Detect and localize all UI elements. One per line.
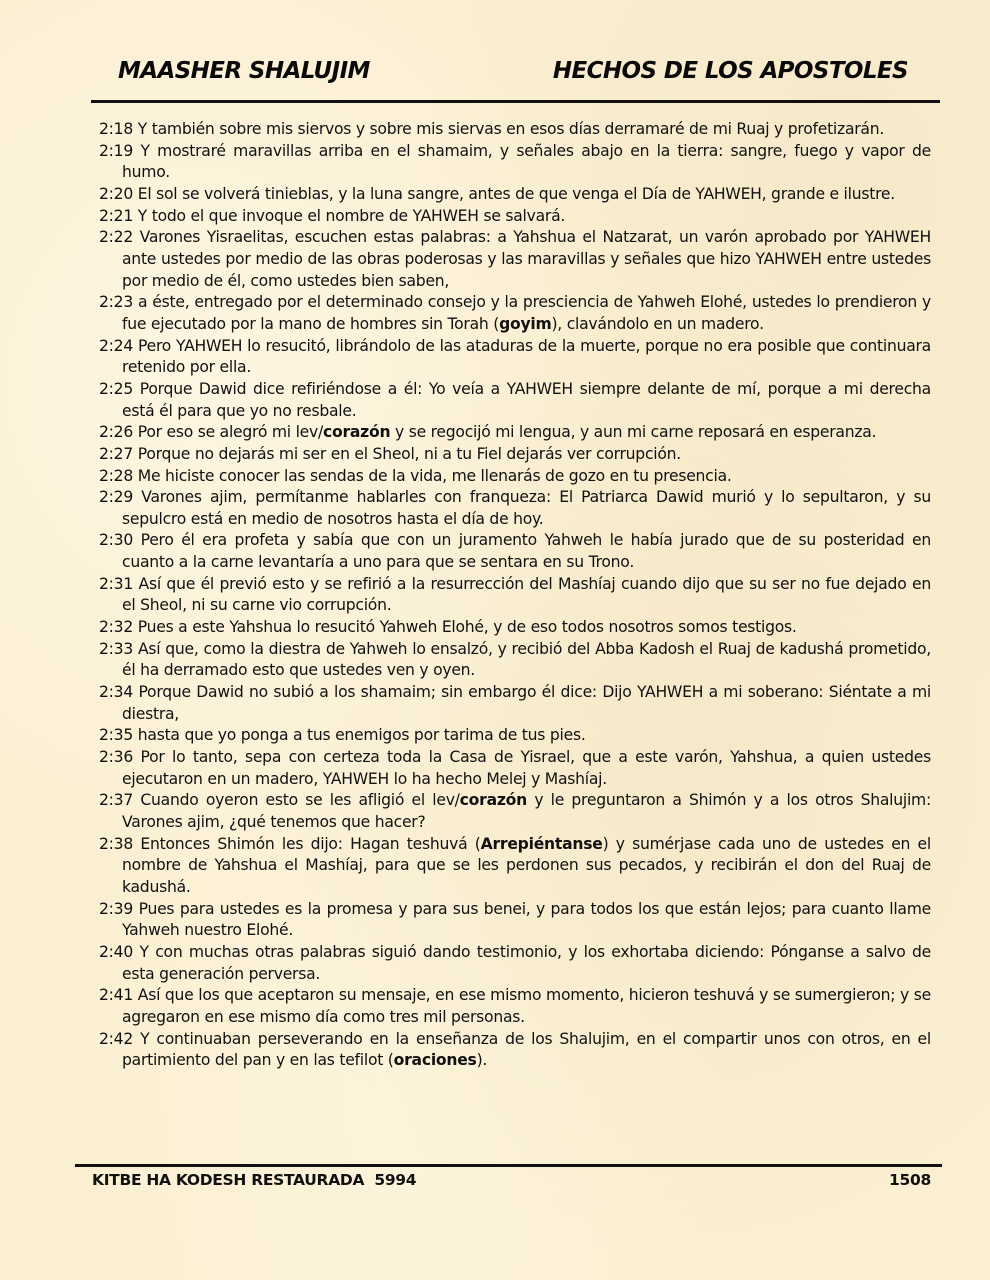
verse: 2:19 Y mostraré maravillas arriba en el … [99, 141, 931, 184]
verse: 2:42 Y continuaban perseverando en la en… [99, 1029, 931, 1072]
verse-text: Y también sobre mis siervos y sobre mis … [138, 120, 884, 138]
verse-reference: 2:25 [99, 380, 133, 398]
book-title-hebrew: MAASHER SHALUJIM [118, 58, 370, 84]
verse-text: Cuando oyeron esto se les afligió el lev… [140, 791, 459, 809]
verse-reference: 2:20 [99, 185, 133, 203]
verse: 2:29 Varones ajim, permítanme hablarles … [99, 487, 931, 530]
verse-reference: 2:41 [99, 986, 133, 1004]
verse-text: Porque no dejarás mi ser en el Sheol, ni… [138, 445, 681, 463]
verse-emphasis: goyim [499, 315, 551, 333]
bible-edition-label: KITBE HA KODESH RESTAURADA 5994 [92, 1171, 416, 1189]
verse: 2:18 Y también sobre mis siervos y sobre… [99, 119, 931, 141]
verse-reference: 2:24 [99, 337, 133, 355]
verse: 2:35 hasta que yo ponga a tus enemigos p… [99, 725, 931, 747]
verse-reference: 2:42 [99, 1030, 133, 1048]
verse-text: Pues para ustedes es la promesa y para s… [122, 900, 931, 940]
page-number: 1508 [889, 1171, 931, 1189]
verse-text: Por lo tanto, sepa con certeza toda la C… [122, 748, 931, 788]
verse-text: y se regocijó mi lengua, y aun mi carne … [390, 423, 876, 441]
verse-emphasis: corazón [323, 423, 390, 441]
book-title-spanish: HECHOS DE LOS APOSTOLES [553, 58, 908, 84]
verse-reference: 2:30 [99, 531, 133, 549]
verse-text: Pero YAHWEH lo resucitó, librándolo de l… [122, 337, 931, 377]
verse: 2:38 Entonces Shimón les dijo: Hagan tes… [99, 834, 931, 899]
verse-reference: 2:36 [99, 748, 133, 766]
verse-reference: 2:38 [99, 835, 133, 853]
verse-reference: 2:32 [99, 618, 133, 636]
verse-text: Entonces Shimón les dijo: Hagan teshuvá … [140, 835, 480, 853]
verse: 2:24 Pero YAHWEH lo resucitó, librándolo… [99, 336, 931, 379]
verse-text: Por eso se alegró mi lev/ [138, 423, 323, 441]
verse-reference: 2:28 [99, 467, 133, 485]
verse-text: Porque Dawid no subió a los shamaim; sin… [122, 683, 931, 723]
verse-text: Y con muchas otras palabras siguió dando… [122, 943, 931, 983]
header-divider [91, 100, 940, 103]
verse-text: Varones Yisraelitas, escuchen estas pala… [122, 228, 931, 289]
verse-text: Varones ajim, permítanme hablarles con f… [122, 488, 931, 528]
verse-reference: 2:34 [99, 683, 133, 701]
verse-list: 2:18 Y también sobre mis siervos y sobre… [99, 119, 931, 1072]
verse-text: Porque Dawid dice refiriéndose a él: Yo … [122, 380, 931, 420]
verse-text: Así que él previó esto y se refirió a la… [122, 575, 931, 615]
verse-text: Y continuaban perseverando en la enseñan… [122, 1030, 931, 1070]
verse-reference: 2:21 [99, 207, 133, 225]
verse-reference: 2:31 [99, 575, 133, 593]
verse: 2:21 Y todo el que invoque el nombre de … [99, 206, 931, 228]
verse-reference: 2:29 [99, 488, 133, 506]
verse: 2:27 Porque no dejarás mi ser en el Sheo… [99, 444, 931, 466]
verse-reference: 2:26 [99, 423, 133, 441]
verse-emphasis: corazón [460, 791, 527, 809]
verse: 2:36 Por lo tanto, sepa con certeza toda… [99, 747, 931, 790]
verse: 2:34 Porque Dawid no subió a los shamaim… [99, 682, 931, 725]
verse: 2:23 a éste, entregado por el determinad… [99, 292, 931, 335]
verse: 2:41 Así que los que aceptaron su mensaj… [99, 985, 931, 1028]
verse: 2:26 Por eso se alegró mi lev/corazón y … [99, 422, 931, 444]
verse: 2:39 Pues para ustedes es la promesa y p… [99, 899, 931, 942]
verse-text: Así que, como la diestra de Yahweh lo en… [122, 640, 931, 680]
verse-text: ), clavándolo en un madero. [551, 315, 763, 333]
verse: 2:31 Así que él previó esto y se refirió… [99, 574, 931, 617]
verse: 2:28 Me hiciste conocer las sendas de la… [99, 466, 931, 488]
verse-reference: 2:19 [99, 142, 133, 160]
verse-reference: 2:23 [99, 293, 133, 311]
verse-reference: 2:35 [99, 726, 133, 744]
verse-reference: 2:37 [99, 791, 133, 809]
verse: 2:32 Pues a este Yahshua lo resucitó Yah… [99, 617, 931, 639]
verse-reference: 2:22 [99, 228, 133, 246]
verse: 2:20 El sol se volverá tinieblas, y la l… [99, 184, 931, 206]
verse-reference: 2:40 [99, 943, 133, 961]
verse-text: Me hiciste conocer las sendas de la vida… [138, 467, 732, 485]
verse-reference: 2:18 [99, 120, 133, 138]
verse-emphasis: Arrepiéntanse [481, 835, 603, 853]
verse-text: El sol se volverá tinieblas, y la luna s… [138, 185, 895, 203]
page-header: MAASHER SHALUJIM HECHOS DE LOS APOSTOLES [118, 58, 908, 92]
footer-divider [75, 1164, 942, 1167]
verse-text: ). [477, 1051, 488, 1069]
verse-text: Y mostraré maravillas arriba en el shama… [122, 142, 931, 182]
verse-text: Así que los que aceptaron su mensaje, en… [122, 986, 931, 1026]
verse-text: Y todo el que invoque el nombre de YAHWE… [138, 207, 565, 225]
verse-reference: 2:39 [99, 900, 133, 918]
verse-text: Pero él era profeta y sabía que con un j… [122, 531, 931, 571]
verse: 2:30 Pero él era profeta y sabía que con… [99, 530, 931, 573]
verse: 2:40 Y con muchas otras palabras siguió … [99, 942, 931, 985]
verse-reference: 2:33 [99, 640, 133, 658]
verse-emphasis: oraciones [394, 1051, 477, 1069]
verse-text: hasta que yo ponga a tus enemigos por ta… [138, 726, 586, 744]
verse: 2:33 Así que, como la diestra de Yahweh … [99, 639, 931, 682]
verse: 2:22 Varones Yisraelitas, escuchen estas… [99, 227, 931, 292]
verse: 2:25 Porque Dawid dice refiriéndose a él… [99, 379, 931, 422]
verse-text: Pues a este Yahshua lo resucitó Yahweh E… [138, 618, 797, 636]
verse-reference: 2:27 [99, 445, 133, 463]
verse: 2:37 Cuando oyeron esto se les afligió e… [99, 790, 931, 833]
